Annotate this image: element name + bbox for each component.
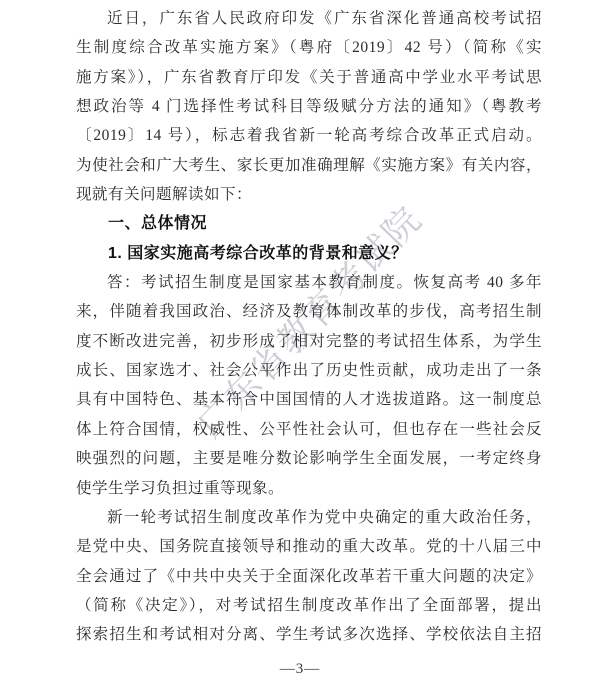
heading-line: 1. 国家实施高考综合改革的背景和意义？	[76, 239, 542, 268]
body-text-line: 是党中央、国务院直接领导和推动的重大改革。党的十八届三中	[76, 532, 542, 561]
body-text-line: 现就有关问题解读如下：	[76, 180, 542, 209]
body-text-line: 全会通过了《中共中央关于全面深化改革若干重大问题的决定》	[76, 562, 542, 591]
body-text-line: 探索招生和考试相对分离、学生考试多次选择、学校依法自主招	[76, 620, 542, 649]
body-text-line: 体上符合国情，权威性、公平性社会认可，但也存在一些社会反	[76, 415, 542, 444]
document-page: 广东省教育考试院 近日，广东省人民政府印发《广东省深化普通高校考试招生制度综合改…	[0, 0, 600, 692]
body-text-line: 映强烈的问题，主要是唯分数论影响学生全面发展，一考定终身	[76, 444, 542, 473]
body-text-line: 度不断改进完善，初步形成了相对完整的考试招生体系，为学生	[76, 327, 542, 356]
body-text-line: 〔2019〕14 号），标志着我省新一轮高考综合改革正式启动。	[76, 121, 542, 150]
body-text-line: 近日，广东省人民政府印发《广东省深化普通高校考试招	[76, 4, 542, 33]
page-number: —3—	[0, 658, 600, 680]
body-text-line: 生制度综合改革实施方案》（粤府〔2019〕42 号）（简称《实	[76, 33, 542, 62]
body-text-line: 成长、国家选才、社会公平作出了历史性贡献，成功走出了一条	[76, 356, 542, 385]
body-text-line: 来，伴随着我国政治、经济及教育体制改革的步伐，高考招生制	[76, 297, 542, 326]
heading-line: 一、总体情况	[76, 209, 542, 238]
body-text-line: 施方案》），广东省教育厅印发《关于普通高中学业水平考试思	[76, 63, 542, 92]
document-body: 近日，广东省人民政府印发《广东省深化普通高校考试招生制度综合改革实施方案》（粤府…	[76, 4, 542, 650]
body-text-line: 使学生学习负担过重等现象。	[76, 474, 542, 503]
body-text-line: 新一轮考试招生制度改革作为党中央确定的重大政治任务，	[76, 503, 542, 532]
body-text-line: 答：考试招生制度是国家基本教育制度。恢复高考 40 多年	[76, 268, 542, 297]
body-text-line: （简称《决定》），对考试招生制度改革作出了全面部署，提出	[76, 591, 542, 620]
body-text-line: 想政治等 4 门选择性考试科目等级赋分方法的通知》（粤教考	[76, 92, 542, 121]
body-text-line: 具有中国特色、基本符合中国国情的人才选拔道路。这一制度总	[76, 385, 542, 414]
body-text-line: 为使社会和广大考生、家长更加准确理解《实施方案》有关内容，	[76, 151, 542, 180]
